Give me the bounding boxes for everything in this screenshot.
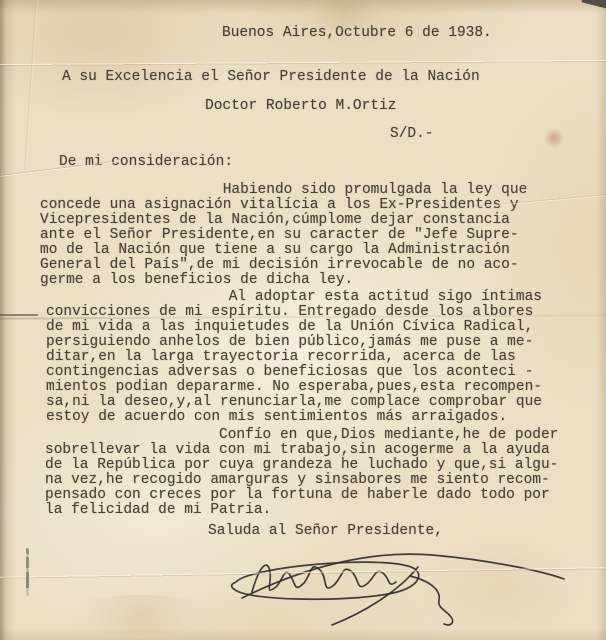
paper-crease-top [0, 60, 606, 67]
signature-scrawl [222, 546, 572, 634]
recipient-name-line: Doctor Roberto M.Ortiz [205, 99, 396, 114]
body-paragraph-3: Confío en que,Dios mediante,he de poder … [45, 428, 558, 518]
closing-line: Saluda al Señor Presidente, [208, 524, 443, 539]
body-paragraph-1: Habiendo sido promulgada la ley que conc… [40, 183, 527, 288]
date-line: Buenos Aires,Octubre 6 de 1938. [222, 26, 492, 41]
pencil-mark [26, 548, 29, 596]
letter-page: Buenos Aires,Octubre 6 de 1938. A su Exc… [0, 0, 606, 640]
salutation-line: De mi consideración: [59, 155, 233, 170]
body-paragraph-2: Al adoptar esta actitud sigo íntimas con… [46, 290, 542, 425]
paper-crease-middle-dark-dash [0, 314, 38, 316]
paper-fold-vertical [24, 0, 38, 170]
recipient-title-line: A su Excelencia el Señor Presidente de l… [62, 70, 480, 85]
address-abbreviation: S/D.- [390, 127, 434, 142]
red-stain [543, 128, 565, 148]
soft-stain-bottom [60, 595, 220, 635]
corner-dark-mark [581, 0, 606, 9]
